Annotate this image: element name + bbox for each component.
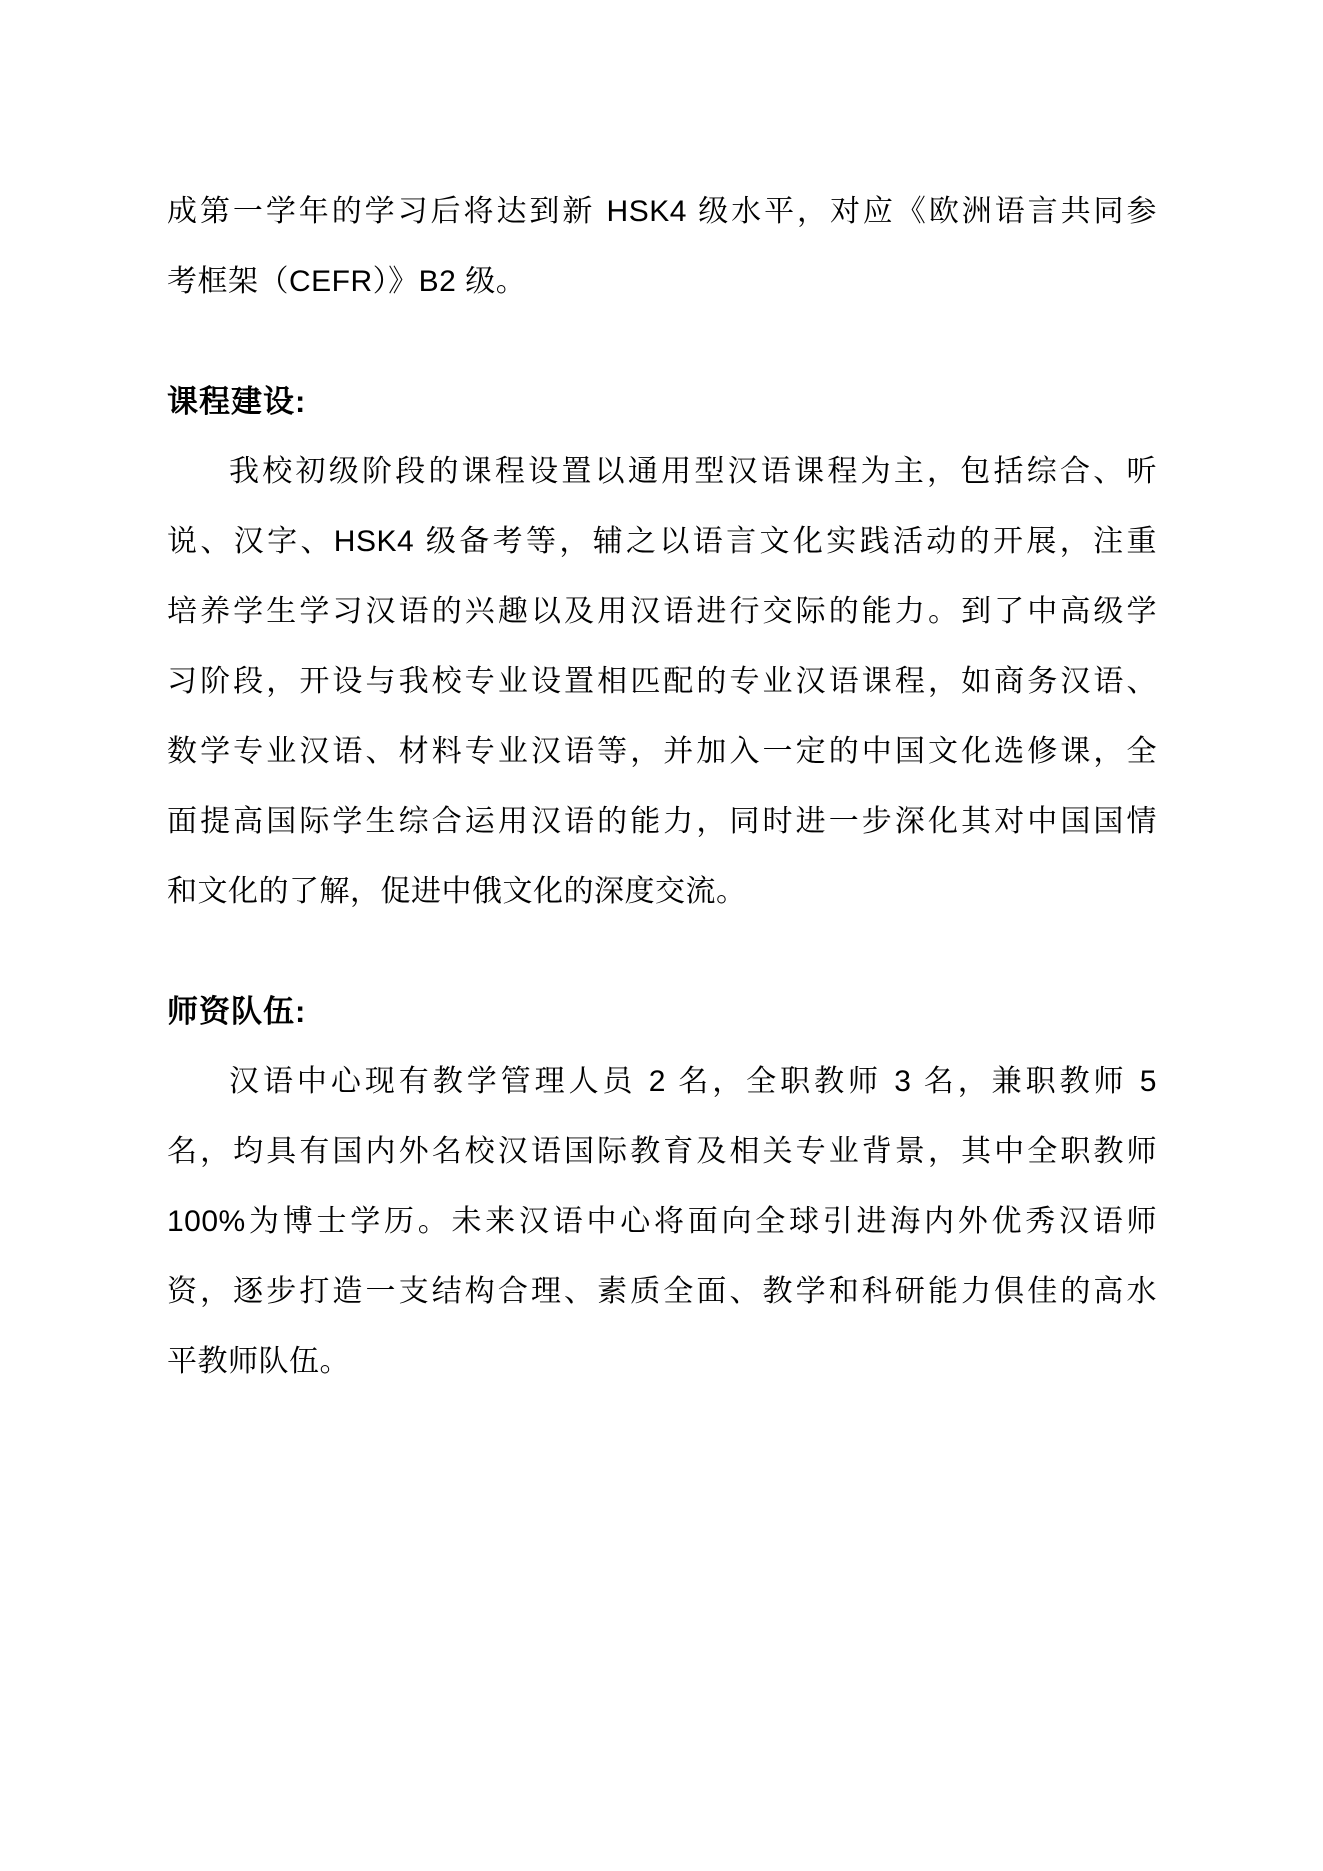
paragraph-faculty: 汉语中心现有教学管理人员 2 名，全职教师 3 名，兼职教师 5 名，均具有国内… [167, 1047, 1157, 1397]
text-line: 说、汉字、HSK4 级备考等，辅之以语言文化实践活动的开展，注重 [167, 507, 1157, 577]
text-line: 和文化的了解，促进中俄文化的深度交流。 [167, 857, 1157, 927]
text-line: 习阶段，开设与我校专业设置相匹配的专业汉语课程，如商务汉语、 [167, 647, 1157, 717]
text-line: 100%为博士学历。未来汉语中心将面向全球引进海内外优秀汉语师 [167, 1187, 1157, 1257]
text-line: 数学专业汉语、材料专业汉语等，并加入一定的中国文化选修课，全 [167, 717, 1157, 787]
text-line: 平教师队伍。 [167, 1327, 1157, 1397]
text-line: 培养学生学习汉语的兴趣以及用汉语进行交际的能力。到了中高级学 [167, 577, 1157, 647]
text-line: 我校初级阶段的课程设置以通用型汉语课程为主，包括综合、听 [167, 437, 1157, 507]
text-line: 面提高国际学生综合运用汉语的能力，同时进一步深化其对中国国情 [167, 787, 1157, 857]
text-line: 资，逐步打造一支结构合理、素质全面、教学和科研能力俱佳的高水 [167, 1257, 1157, 1327]
text-line: 成第一学年的学习后将达到新 HSK4 级水平，对应《欧洲语言共同参 [167, 177, 1157, 247]
text-line: 考框架（CEFR）》B2 级。 [167, 247, 1157, 317]
text-line: 汉语中心现有教学管理人员 2 名，全职教师 3 名，兼职教师 5 [167, 1047, 1157, 1117]
paragraph-continuation: 成第一学年的学习后将达到新 HSK4 级水平，对应《欧洲语言共同参 考框架（CE… [167, 177, 1157, 317]
section-heading-faculty: 师资队伍: [167, 977, 1157, 1047]
document-page: 成第一学年的学习后将达到新 HSK4 级水平，对应《欧洲语言共同参 考框架（CE… [0, 0, 1323, 1871]
paragraph-course-construction: 我校初级阶段的课程设置以通用型汉语课程为主，包括综合、听 说、汉字、HSK4 级… [167, 437, 1157, 927]
text-line: 名，均具有国内外名校汉语国际教育及相关专业背景，其中全职教师 [167, 1117, 1157, 1187]
section-heading-course-construction: 课程建设: [167, 367, 1157, 437]
